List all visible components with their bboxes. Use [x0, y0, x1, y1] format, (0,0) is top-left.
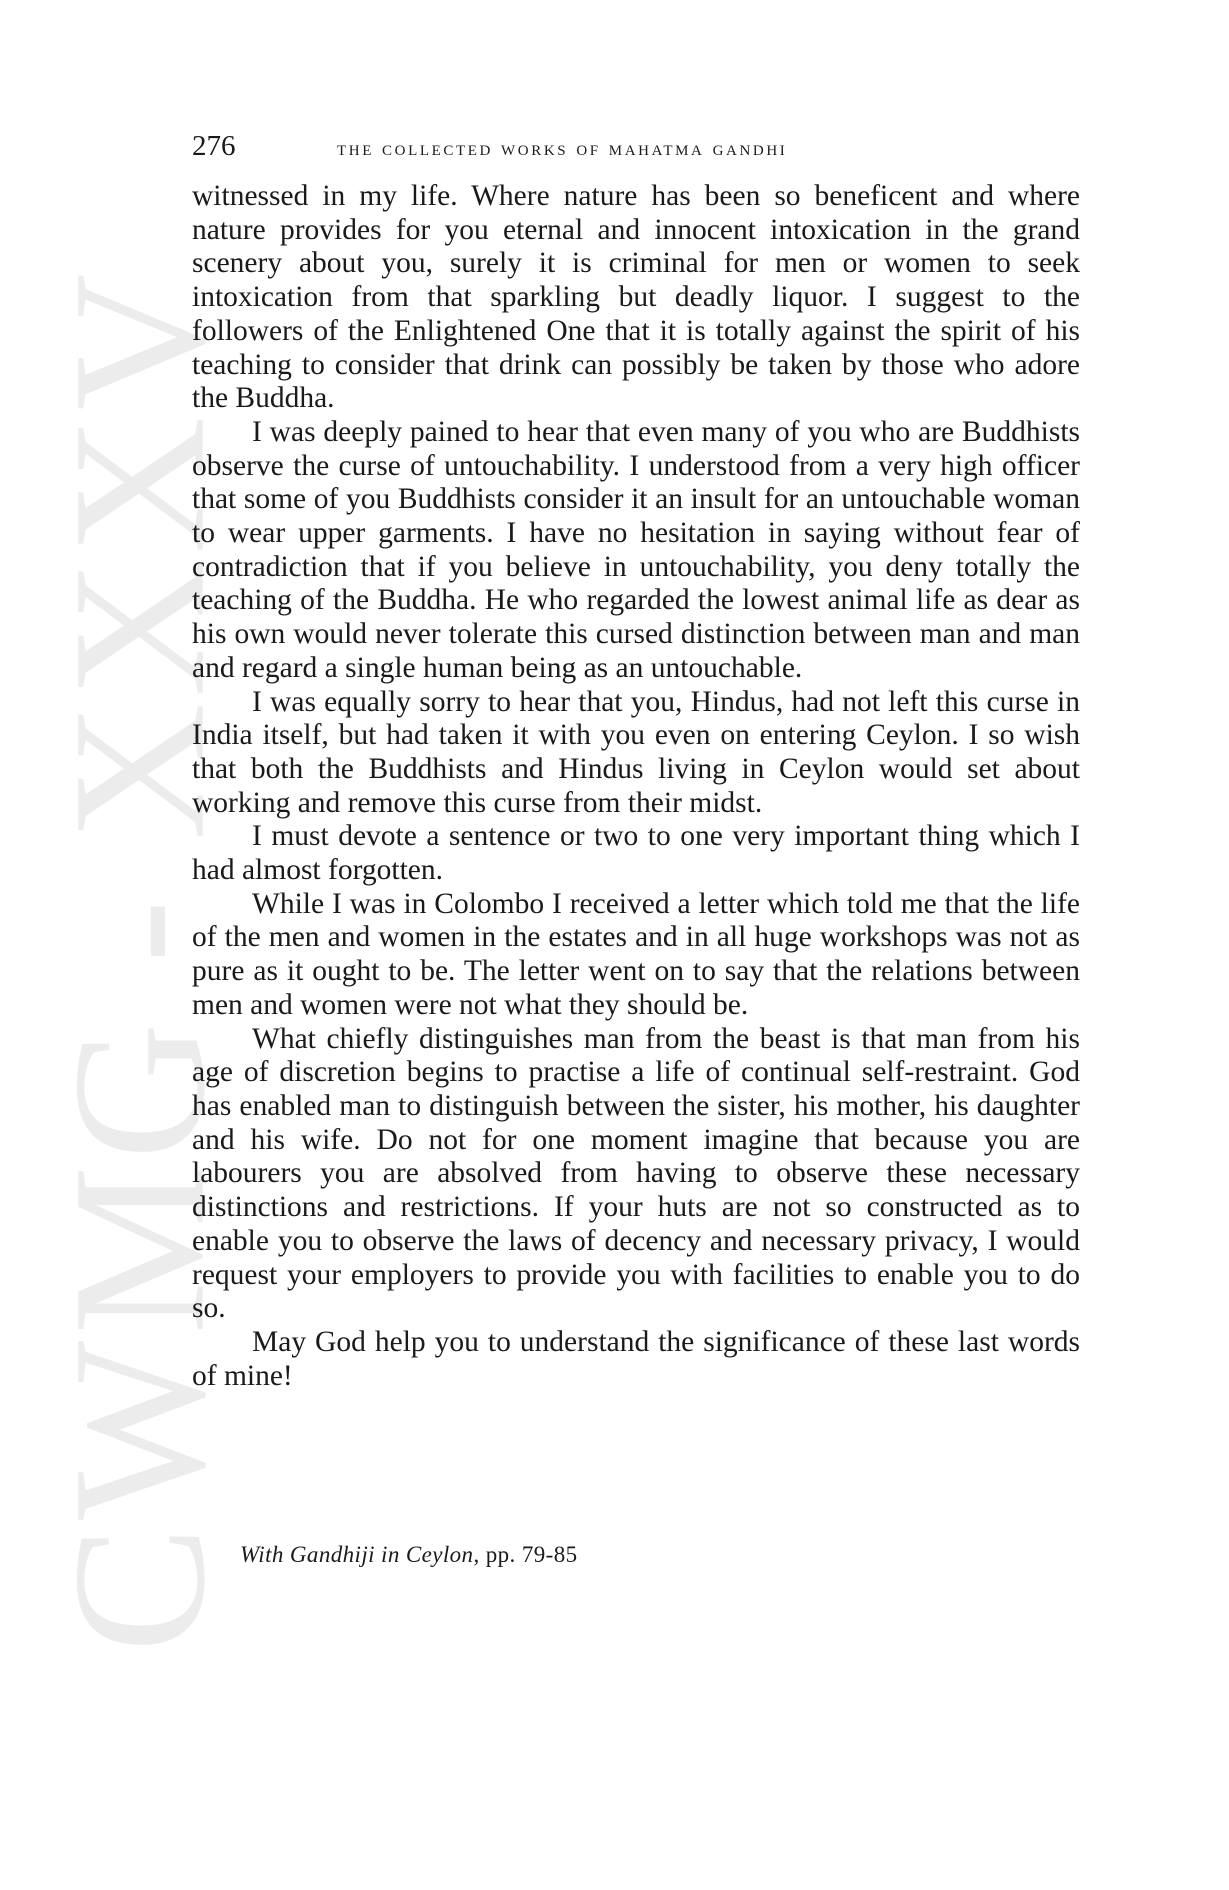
- page-header: 276 THE COLLECTED WORKS OF MAHATMA GANDH…: [192, 130, 1082, 163]
- paragraph: May God help you to understand the signi…: [192, 1326, 1080, 1393]
- paragraph: I was equally sorry to hear that you, Hi…: [192, 686, 1080, 821]
- page-number: 276: [192, 130, 337, 163]
- body-text: witnessed in my life. Where nature has b…: [192, 180, 1080, 1393]
- paragraph: What chiefly distinguishes man from the …: [192, 1023, 1080, 1326]
- source-citation: With Gandhiji in Ceylon, pp. 79-85: [240, 1542, 578, 1568]
- citation-title: With Gandhiji in Ceylon: [240, 1542, 473, 1567]
- paragraph: I was deeply pained to hear that even ma…: [192, 416, 1080, 686]
- citation-pages: , pp. 79-85: [473, 1542, 577, 1567]
- paragraph: I must devote a sentence or two to one v…: [192, 820, 1080, 887]
- paragraph: witnessed in my life. Where nature has b…: [192, 180, 1080, 416]
- running-head: THE COLLECTED WORKS OF MAHATMA GANDHI: [337, 135, 787, 161]
- paragraph: While I was in Colombo I received a lett…: [192, 888, 1080, 1023]
